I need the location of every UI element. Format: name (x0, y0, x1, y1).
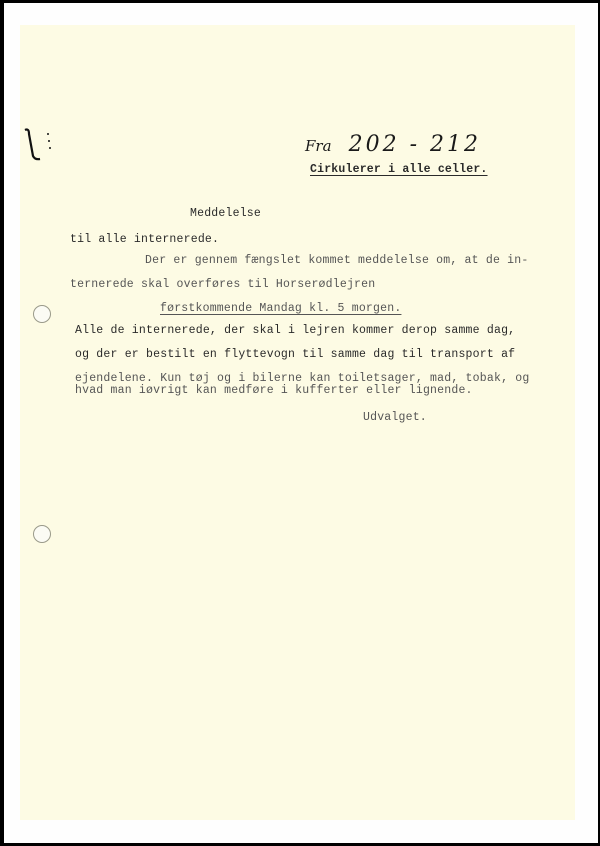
body-line-1: Der er gennem fængslet kommet meddelelse… (145, 254, 528, 267)
document-title: Meddelelse (190, 207, 261, 220)
punch-hole-top (33, 305, 51, 323)
punch-hole-bottom (33, 525, 51, 543)
addressee-line: til alle internerede. (70, 233, 219, 246)
body-line-4: Alle de internerede, der skal i lejren k… (75, 324, 515, 337)
handwritten-prefix: Fra (305, 137, 332, 155)
body-line-7: hvad man iøvrigt kan medføre i kufferter… (75, 384, 473, 397)
handwritten-note: Fra 202 - 212 (305, 132, 481, 157)
body-line-5: og der er bestilt en flyttevogn til samm… (75, 348, 515, 361)
document-page (20, 25, 575, 820)
circulation-header: Cirkulerer i alle celler. (310, 163, 488, 176)
body-line-3-underlined: førstkommende Mandag kl. 5 morgen. (160, 302, 401, 315)
handwritten-range: 202 - 212 (349, 132, 481, 157)
staple-mark-icon (22, 126, 52, 166)
body-line-2: ternerede skal overføres til Horserødlej… (70, 278, 375, 291)
signature: Udvalget. (363, 411, 427, 424)
